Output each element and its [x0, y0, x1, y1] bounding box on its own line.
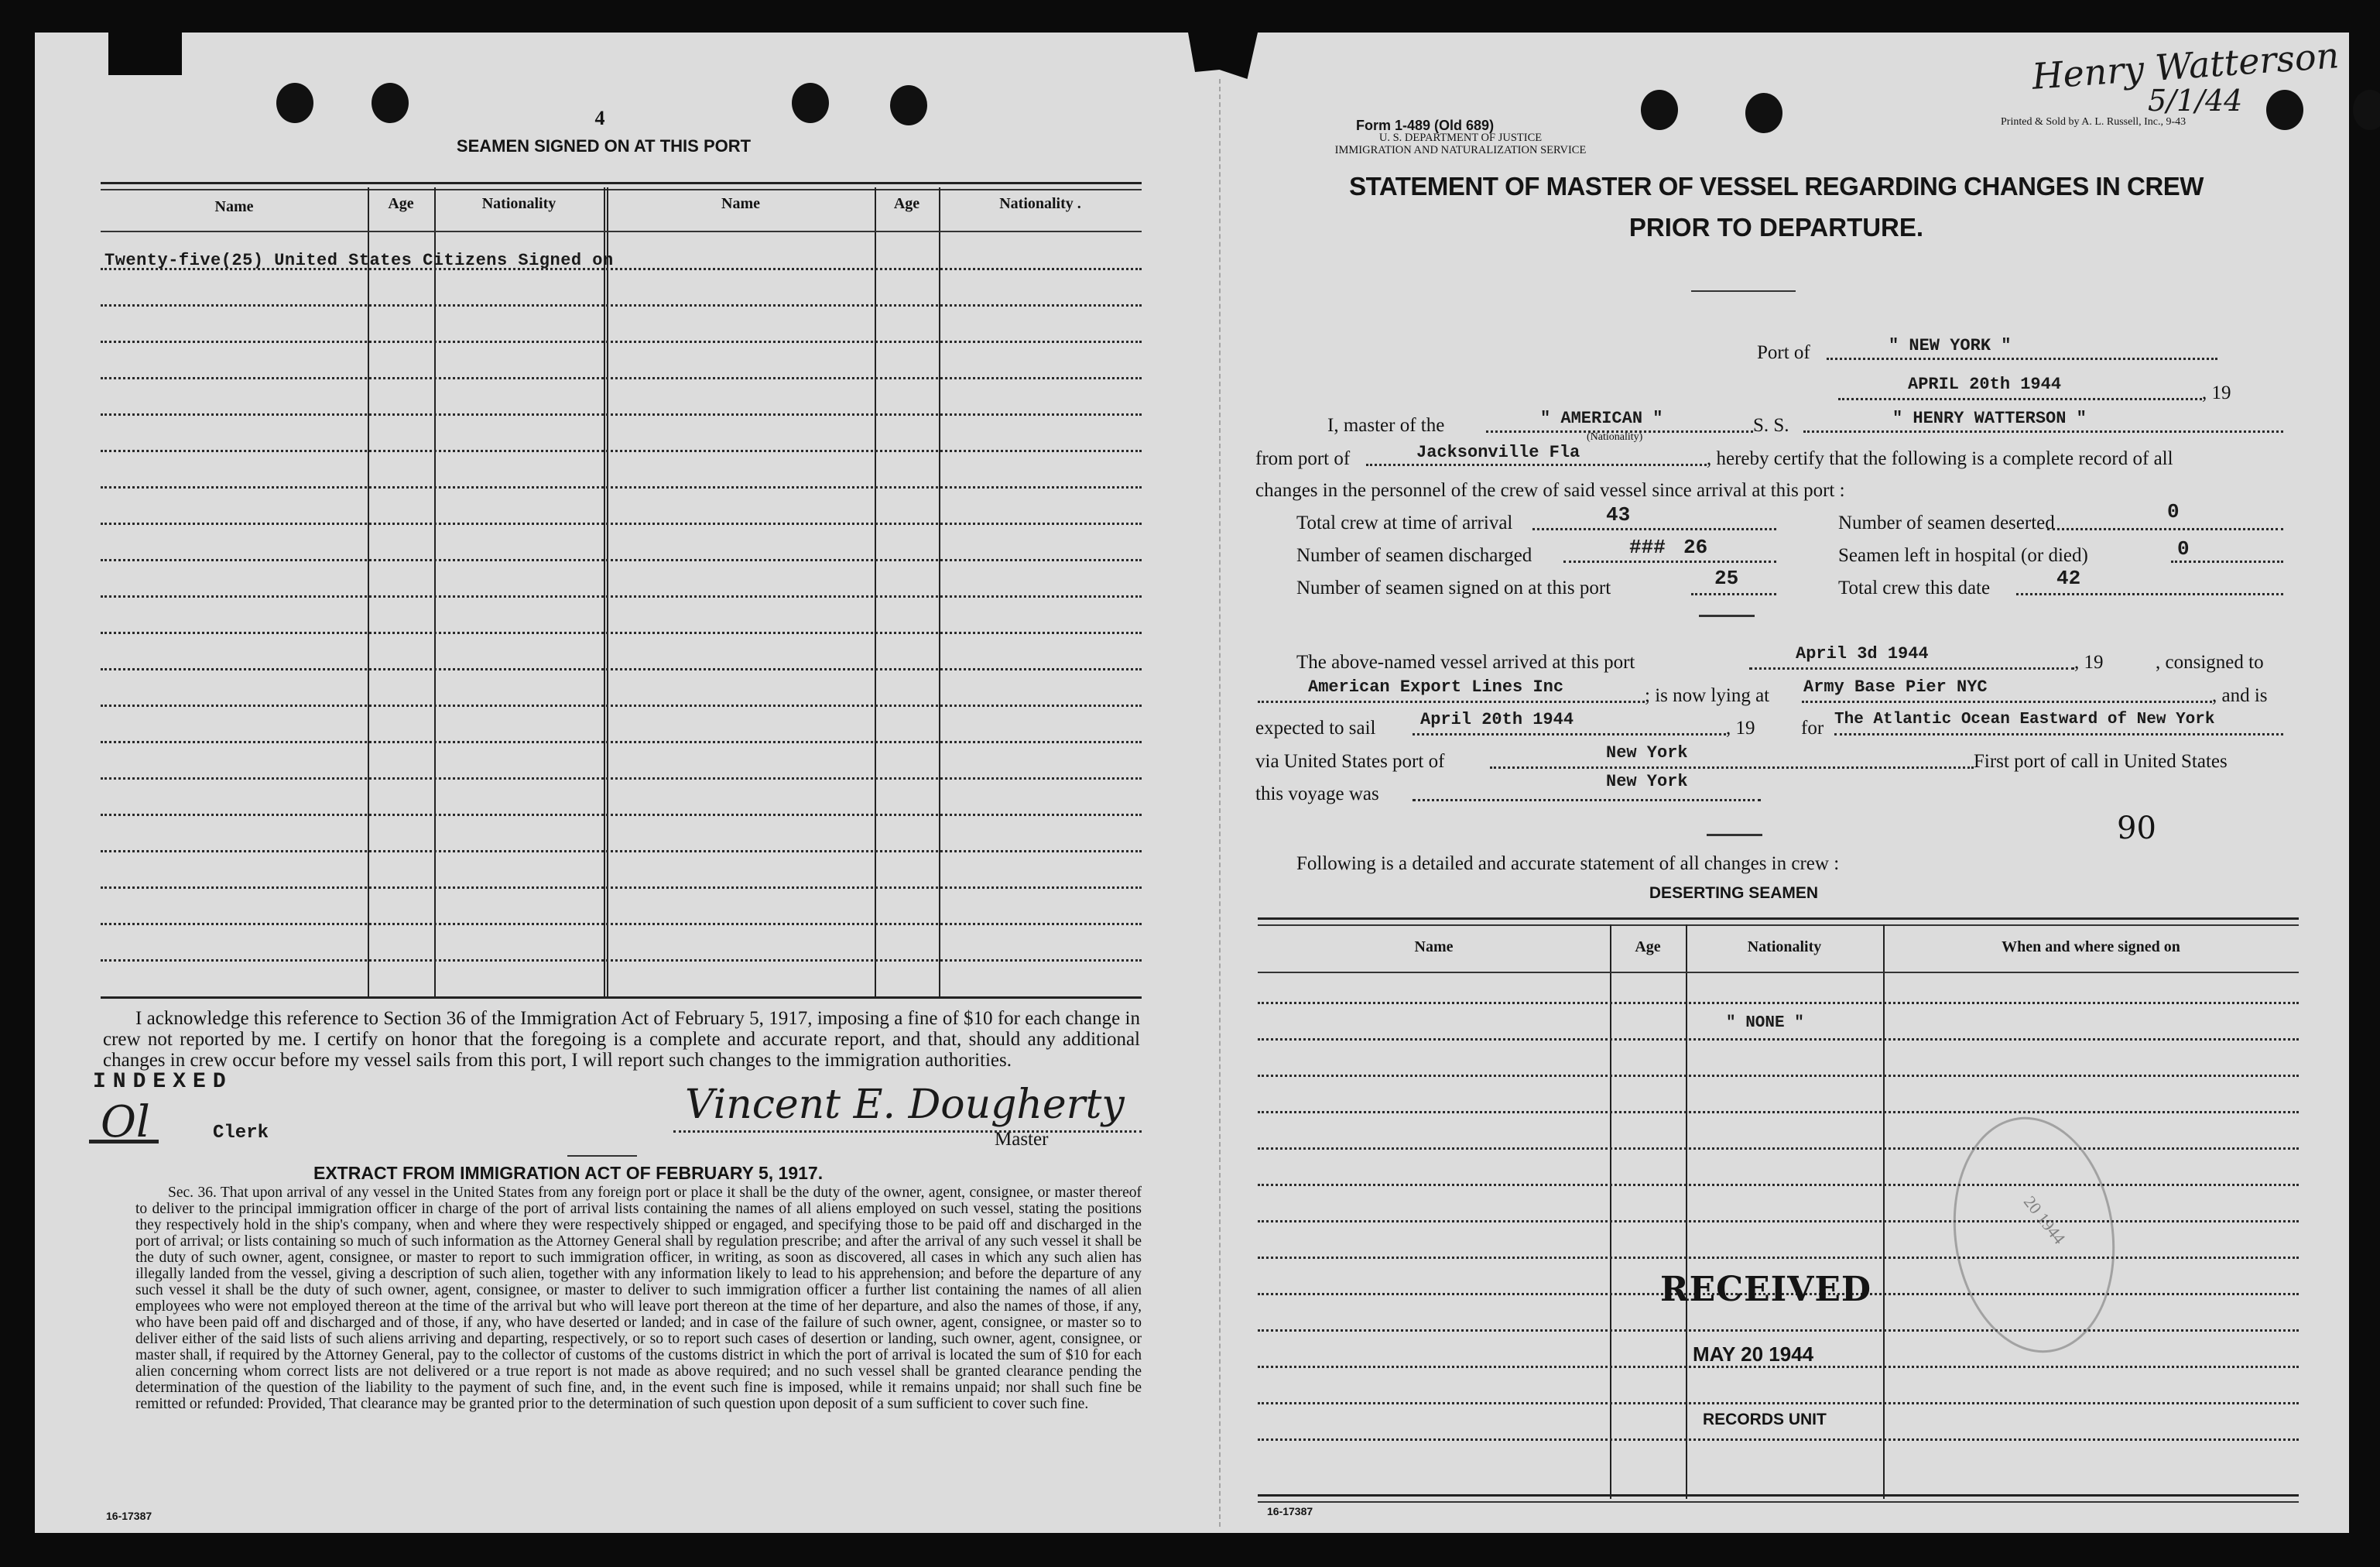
round-date-stamp: 20 1944 — [1939, 1106, 2130, 1363]
and-is-label: , and is — [2212, 685, 2268, 707]
sail-line — [1413, 733, 1726, 735]
voyage-label: this voyage was — [1255, 783, 1379, 805]
punch-hole — [1745, 93, 1782, 133]
changes-text: changes in the personnel of the crew of … — [1255, 480, 1845, 502]
sail-label: expected to sail — [1255, 718, 1376, 739]
destination-line — [1834, 733, 2283, 735]
arrived-year: , 19 — [2074, 652, 2104, 674]
voyage-line — [1413, 799, 1761, 801]
punch-hole — [2266, 90, 2303, 130]
table-row — [101, 377, 1142, 379]
table-row — [101, 705, 1142, 707]
table-row — [101, 413, 1142, 416]
consignee-line — [1258, 701, 1645, 703]
signed-on-value: 25 — [1714, 567, 1738, 590]
table-row — [101, 777, 1142, 780]
form-code-right: 16-17387 — [1267, 1505, 1313, 1517]
table-row — [1258, 1002, 2299, 1004]
table-row — [1258, 1038, 2299, 1041]
consignee-value: American Export Lines Inc — [1308, 677, 1563, 697]
signature-line — [673, 1130, 1142, 1133]
table-top-rule — [1258, 917, 2299, 926]
column-header-when-where: When and where signed on — [1883, 938, 2299, 956]
hospital-label: Seamen left in hospital (or died) — [1838, 545, 2088, 567]
divider — [567, 1155, 637, 1157]
table-row — [1258, 1075, 2299, 1077]
column-header-age-2: Age — [875, 195, 939, 213]
table-row — [1258, 1402, 2299, 1404]
form-title-line-1: STATEMENT OF MASTER OF VESSEL REGARDING … — [1273, 172, 2279, 201]
service-name: IMMIGRATION AND NATURALIZATION SERVICE — [1282, 144, 1639, 156]
punch-hole — [1641, 90, 1678, 130]
table-row — [1258, 1220, 2299, 1222]
round-stamp-date: 20 1944 — [2019, 1192, 2070, 1248]
table-row — [101, 523, 1142, 525]
extract-title: EXTRACT FROM IMMIGRATION ACT OF FEBRUARY… — [313, 1163, 823, 1184]
handwritten-date: 5/1/44 — [2148, 84, 2242, 118]
from-port-line — [1366, 464, 1707, 466]
table-cell-none: " NONE " — [1726, 1014, 1804, 1032]
from-port-value: Jacksonville Fla — [1416, 443, 1580, 462]
lying-label: ; is now lying at — [1645, 685, 1769, 707]
via-value: New York — [1606, 743, 1688, 763]
col-divider — [1686, 924, 1687, 1499]
master-label: Master — [995, 1129, 1048, 1150]
table-row — [1258, 1184, 2299, 1186]
port-of-line — [1827, 358, 2217, 360]
table-row — [101, 632, 1142, 634]
col-divider — [607, 187, 608, 996]
total-crew-date-value: 42 — [2056, 567, 2080, 590]
via-line — [1490, 766, 1974, 769]
deserted-value: 0 — [2167, 500, 2180, 523]
lying-value: Army Base Pier NYC — [1803, 677, 1988, 697]
following-text: Following is a detailed and accurate sta… — [1296, 853, 1839, 875]
document-sheet: 4 SEAMEN SIGNED ON AT THIS PORT Name Age… — [35, 33, 2349, 1533]
certify-text: , hereby certify that the following is a… — [1707, 448, 2173, 470]
nationality-caption: (Nationality) — [1587, 431, 1642, 444]
table-row — [101, 959, 1142, 962]
sheet-tear — [1188, 33, 1258, 79]
master-signature: Vincent E. Dougherty — [685, 1082, 1125, 1128]
form-agency: U. S. DEPARTMENT OF JUSTICE IMMIGRATION … — [1282, 132, 1639, 156]
received-unit: RECORDS UNIT — [1703, 1411, 1827, 1429]
extract-text: Sec. 36. That upon arrival of any vessel… — [135, 1185, 1142, 1412]
table-row — [101, 304, 1142, 307]
total-crew-arrival-label: Total crew at time of arrival — [1296, 513, 1512, 534]
table-row — [101, 850, 1142, 852]
signed-on-label: Number of seamen signed on at this port — [1296, 578, 1611, 599]
col-divider — [604, 187, 605, 996]
consigned-label: , consigned to — [2156, 652, 2264, 674]
via-label: via United States port of — [1255, 751, 1444, 773]
punch-hole — [276, 83, 313, 123]
table-row — [101, 923, 1142, 925]
table-top-rule — [101, 182, 1142, 190]
table-bottom-rule — [101, 996, 1142, 999]
total-crew-date-label: Total crew this date — [1838, 578, 1990, 599]
page-stamp-number: 90 — [2117, 811, 2156, 846]
table-row — [101, 886, 1142, 889]
table-row — [101, 268, 1142, 270]
for-label: for — [1801, 718, 1824, 739]
form-title-line-2: PRIOR TO DEPARTURE. — [1273, 213, 2279, 242]
col-divider — [1883, 924, 1885, 1499]
arrived-line — [1749, 667, 2074, 670]
page-number: 4 — [577, 107, 623, 130]
deserting-title: DESERTING SEAMEN — [1606, 884, 1861, 903]
received-date: MAY 20 1944 — [1693, 1342, 1813, 1366]
from-port-label: from port of — [1255, 448, 1350, 470]
discharged-value: 26 — [1683, 536, 1707, 559]
first-port-label: First port of call in United States — [1974, 751, 2228, 773]
table-row — [101, 486, 1142, 489]
table-row — [101, 741, 1142, 743]
master-of-label: I, master of the — [1327, 415, 1444, 437]
clerk-label: Clerk — [213, 1123, 269, 1144]
voyage-value: New York — [1606, 772, 1688, 791]
punch-hole — [2353, 90, 2380, 130]
divider — [1699, 615, 1755, 617]
column-header-name: Name — [1258, 938, 1610, 956]
table-row — [101, 559, 1142, 561]
stat-line — [1563, 561, 1776, 563]
stat-line — [1691, 593, 1776, 595]
port-of-label: Port of — [1757, 342, 1810, 364]
date-year-suffix: , 19 — [2202, 382, 2231, 404]
nationality-value: " AMERICAN " — [1540, 409, 1663, 428]
column-header-name: Name — [101, 198, 368, 216]
punch-hole — [792, 83, 829, 123]
table-row — [101, 814, 1142, 816]
table-row — [101, 595, 1142, 598]
col-divider — [939, 187, 940, 996]
clerk-line — [89, 1140, 159, 1144]
column-header-name-2: Name — [607, 195, 875, 213]
table-bottom-rule — [1258, 1494, 2299, 1503]
table-row — [1258, 1438, 2299, 1441]
indexed-stamp: INDEXED — [93, 1070, 233, 1094]
printer-credit: Printed & Sold by A. L. Russell, Inc., 9… — [2001, 116, 2186, 129]
table-row — [101, 341, 1142, 343]
col-divider — [434, 187, 436, 996]
column-header-nationality: Nationality — [1686, 938, 1883, 956]
column-header-age: Age — [1610, 938, 1686, 956]
arrived-label: The above-named vessel arrived at this p… — [1296, 652, 1635, 674]
received-title: RECEIVED — [1660, 1270, 1871, 1309]
ship-name-line — [1803, 430, 2283, 433]
sheet-notch — [108, 33, 182, 75]
arrived-value: April 3d 1944 — [1796, 644, 1929, 663]
col-divider — [368, 187, 369, 996]
form-code: 16-17387 — [106, 1510, 152, 1522]
acknowledgement-text: I acknowledge this reference to Section … — [103, 1008, 1140, 1071]
sail-value: April 20th 1944 — [1420, 710, 1574, 729]
discharged-label: Number of seamen discharged — [1296, 545, 1532, 567]
deserted-label: Number of seamen deserted — [1838, 513, 2055, 534]
column-header-nationality-2: Nationality . — [939, 195, 1142, 213]
column-header-nationality: Nationality — [434, 195, 604, 213]
stat-line — [2047, 528, 2283, 530]
total-crew-arrival-value: 43 — [1606, 503, 1630, 526]
divider — [1691, 290, 1796, 292]
ss-label: S. S. — [1753, 415, 1789, 437]
header-underline — [101, 231, 1142, 232]
department-name: U. S. DEPARTMENT OF JUSTICE — [1282, 132, 1639, 144]
date-line — [1838, 398, 2202, 400]
discharged-struck-value: ### — [1629, 536, 1666, 559]
header-underline — [1258, 972, 2299, 973]
column-header-age: Age — [368, 195, 434, 213]
table-row — [101, 450, 1142, 452]
table-row — [1258, 1111, 2299, 1113]
destination-value: The Atlantic Ocean Eastward of New York — [1834, 711, 2214, 729]
punch-hole — [890, 85, 927, 125]
port-of-value: " NEW YORK " — [1889, 336, 2011, 355]
sail-year: , 19 — [1726, 718, 1755, 739]
stat-line — [2016, 593, 2283, 595]
divider — [1707, 834, 1762, 836]
stat-line — [1532, 528, 1776, 530]
table-row — [1258, 1257, 2299, 1259]
col-divider — [875, 187, 876, 996]
lying-line — [1802, 701, 2212, 703]
ship-name-value: " HENRY WATTERSON " — [1892, 409, 2087, 428]
stat-line — [2171, 561, 2283, 563]
col-divider — [1610, 924, 1611, 1499]
date-value: APRIL 20th 1944 — [1908, 375, 2061, 394]
punch-hole — [372, 83, 409, 123]
hospital-value: 0 — [2177, 537, 2190, 561]
table-row — [1258, 1147, 2299, 1150]
left-page-title: SEAMEN SIGNED ON AT THIS PORT — [395, 136, 813, 156]
table-row — [1258, 1329, 2299, 1332]
table-row — [101, 668, 1142, 670]
page-fold — [1219, 79, 1221, 1527]
